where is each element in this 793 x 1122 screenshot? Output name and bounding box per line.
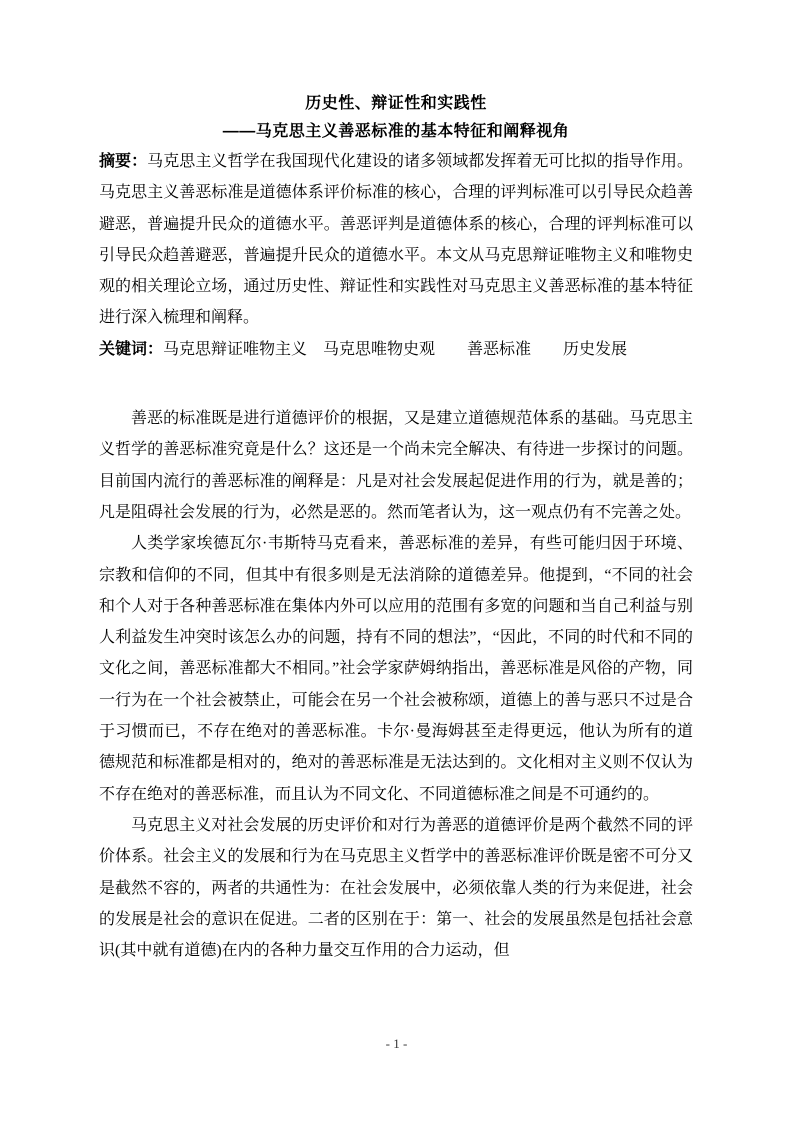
keywords-text: 马克思辩证唯物主义 马克思唯物史观 善恶标准 历史发展 [163, 341, 627, 358]
body-paragraph-2: 人类学家埃德瓦尔·韦斯特马克看来，善恶标准的差异，有些可能归因于环境、宗教和信仰… [99, 528, 693, 810]
page-title: 历史性、辩证性和实践性 [99, 90, 693, 118]
body-paragraph-3: 马克思主义对社会发展的历史评价和对行为善恶的道德评价是两个截然不同的评价体系。社… [99, 810, 693, 966]
keywords-label: 关键词： [99, 341, 163, 358]
page-number: - 1 - [0, 1036, 793, 1052]
abstract-text: 马克思主义哲学在我国现代化建设的诸多领域都发挥着无可比拟的指导作用。马克思主义善… [99, 153, 693, 326]
page-subtitle: ——马克思主义善恶标准的基本特征和阐释视角 [99, 118, 693, 146]
body-paragraph-1: 善恶的标准既是进行道德评价的根据，又是建立道德规范体系的基础。马克思主义哲学的善… [99, 403, 693, 528]
document-page: { "page": { "title": "历史性、辩证性和实践性", "sub… [0, 0, 793, 1122]
document-content: 历史性、辩证性和实践性 ——马克思主义善恶标准的基本特征和阐释视角 摘要：马克思… [99, 90, 693, 966]
abstract-label: 摘要： [99, 153, 147, 170]
abstract-paragraph: 摘要：马克思主义哲学在我国现代化建设的诸多领域都发挥着无可比拟的指导作用。马克思… [99, 146, 693, 334]
body-section: 善恶的标准既是进行道德评价的根据，又是建立道德规范体系的基础。马克思主义哲学的善… [99, 403, 693, 966]
keywords-paragraph: 关键词：马克思辩证唯物主义 马克思唯物史观 善恶标准 历史发展 [99, 334, 693, 365]
